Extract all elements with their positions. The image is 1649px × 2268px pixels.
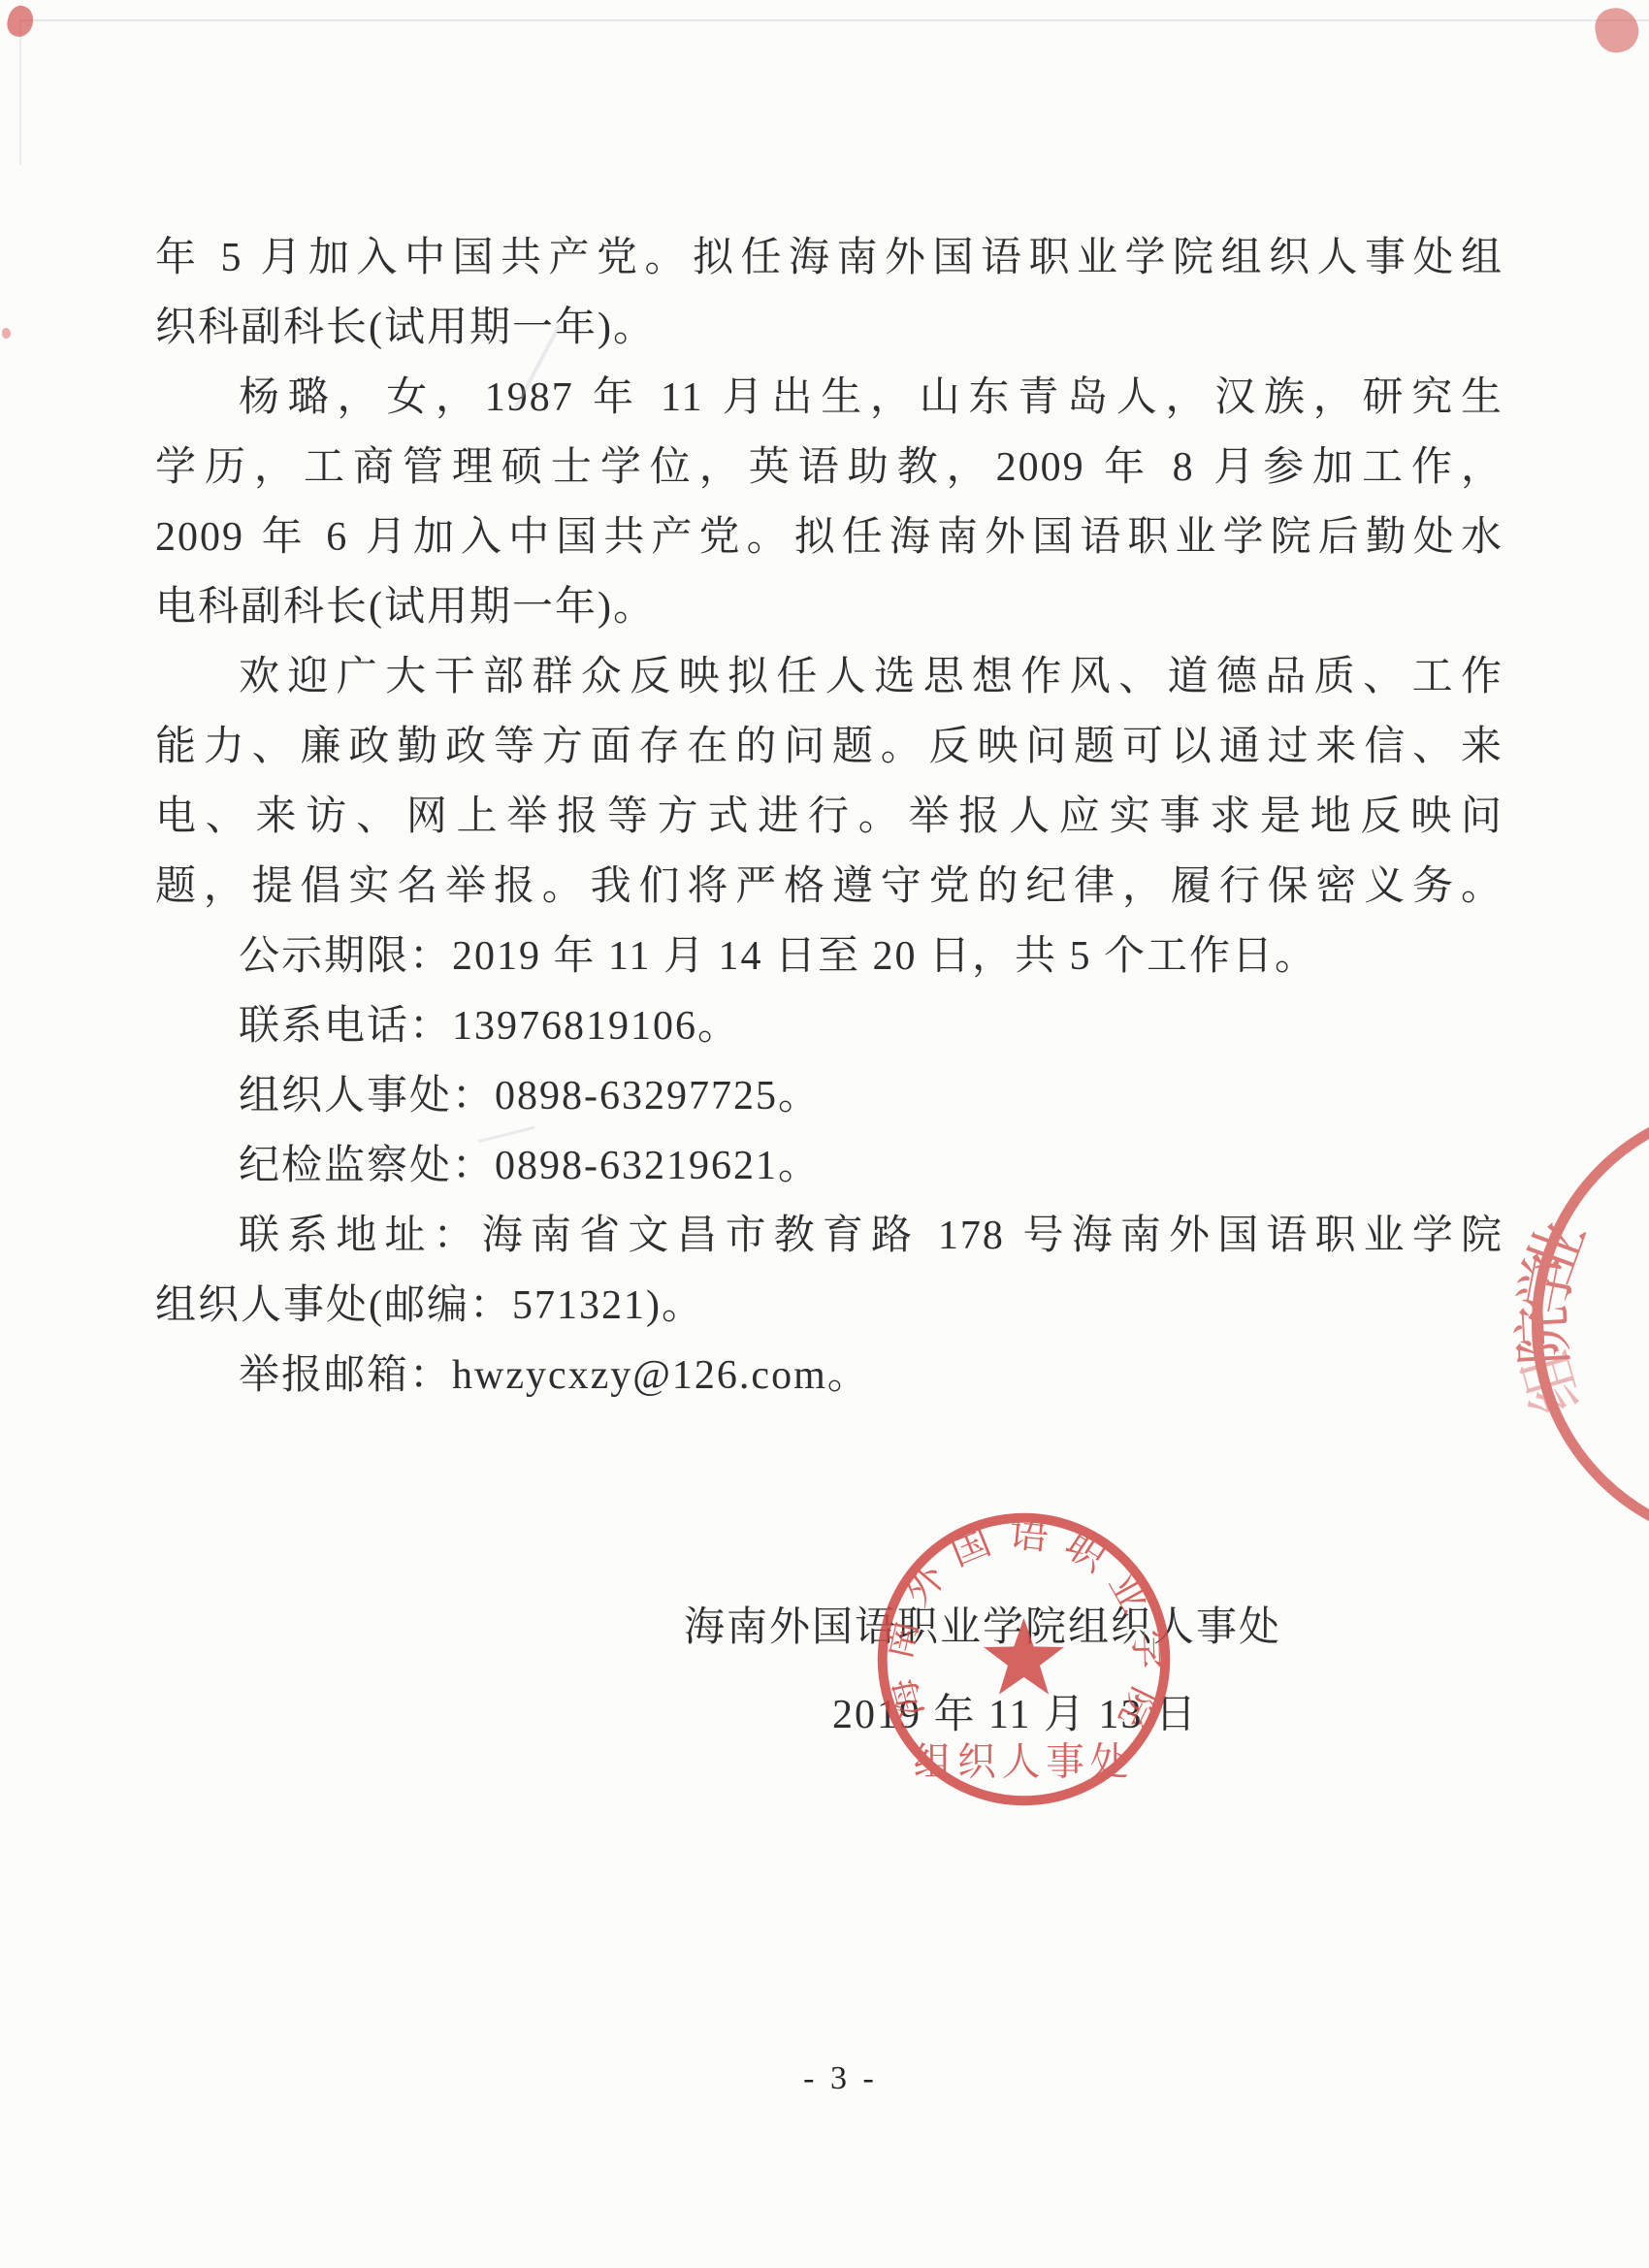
scan-artifact: [338, 1154, 345, 1162]
scan-artifact: [4, 3, 38, 40]
document-body: 年 5 月加入中国共产党。拟任海南外国语职业学院组织人事处组织科副科长(试用期一…: [155, 223, 1503, 1410]
body-line: 欢迎广大干部群众反映拟任人选思想作风、道德品质、工作: [155, 642, 1503, 712]
official-seal: 海南外国语职业学院 组织人事处: [851, 1484, 1197, 1831]
body-line: 织科副科长(试用期一年)。: [155, 293, 1503, 363]
body-line: 电科副科长(试用期一年)。: [155, 572, 1503, 642]
body-line: 联系地址：海南省文昌市教育路 178 号海南外国语职业学院: [155, 1201, 1503, 1271]
star-icon: [984, 1618, 1064, 1695]
body-line: 年 5 月加入中国共产党。拟任海南外国语职业学院组织人事处组: [155, 223, 1503, 293]
body-line: 组织人事处(邮编：571321)。: [155, 1271, 1503, 1341]
body-line: 学历，工商管理硕士学位，英语助教，2009 年 8 月参加工作，: [155, 433, 1503, 502]
body-line: 组织人事处：0898-63297725。: [155, 1061, 1503, 1131]
partial-edge-seal: 业 学 院 组: [1484, 1053, 1649, 1596]
body-line: 2009 年 6 月加入中国共产党。拟任海南外国语职业学院后勤处水: [155, 502, 1503, 572]
scan-artifact: [2, 328, 11, 339]
page-number: - 3 -: [0, 2060, 1649, 2097]
body-line: 联系电话：13976819106。: [155, 991, 1503, 1061]
body-line: 举报邮箱：hwzycxzy@126.com。: [155, 1341, 1503, 1410]
body-line: 题，提倡实名举报。我们将严格遵守党的纪律，履行保密义务。: [155, 852, 1503, 922]
body-line: 公示期限：2019 年 11 月 14 日至 20 日，共 5 个工作日。: [155, 922, 1503, 991]
body-line: 能力、廉政勤政等方面存在的问题。反映问题可以通过来信、来: [155, 712, 1503, 782]
scan-artifact: [1592, 4, 1643, 56]
body-line: 纪检监察处：0898-63219621。: [155, 1131, 1503, 1201]
scan-edge: [19, 19, 21, 165]
scanned-document-page: 年 5 月加入中国共产党。拟任海南外国语职业学院组织人事处组织科副科长(试用期一…: [0, 0, 1649, 2268]
body-line: 杨璐，女，1987 年 11 月出生，山东青岛人，汉族，研究生: [155, 363, 1503, 433]
scan-edge: [19, 19, 1649, 21]
body-line: 电、来访、网上举报等方式进行。举报人应实事求是地反映问: [155, 782, 1503, 852]
seal-banner-text: 组织人事处: [913, 1740, 1134, 1783]
